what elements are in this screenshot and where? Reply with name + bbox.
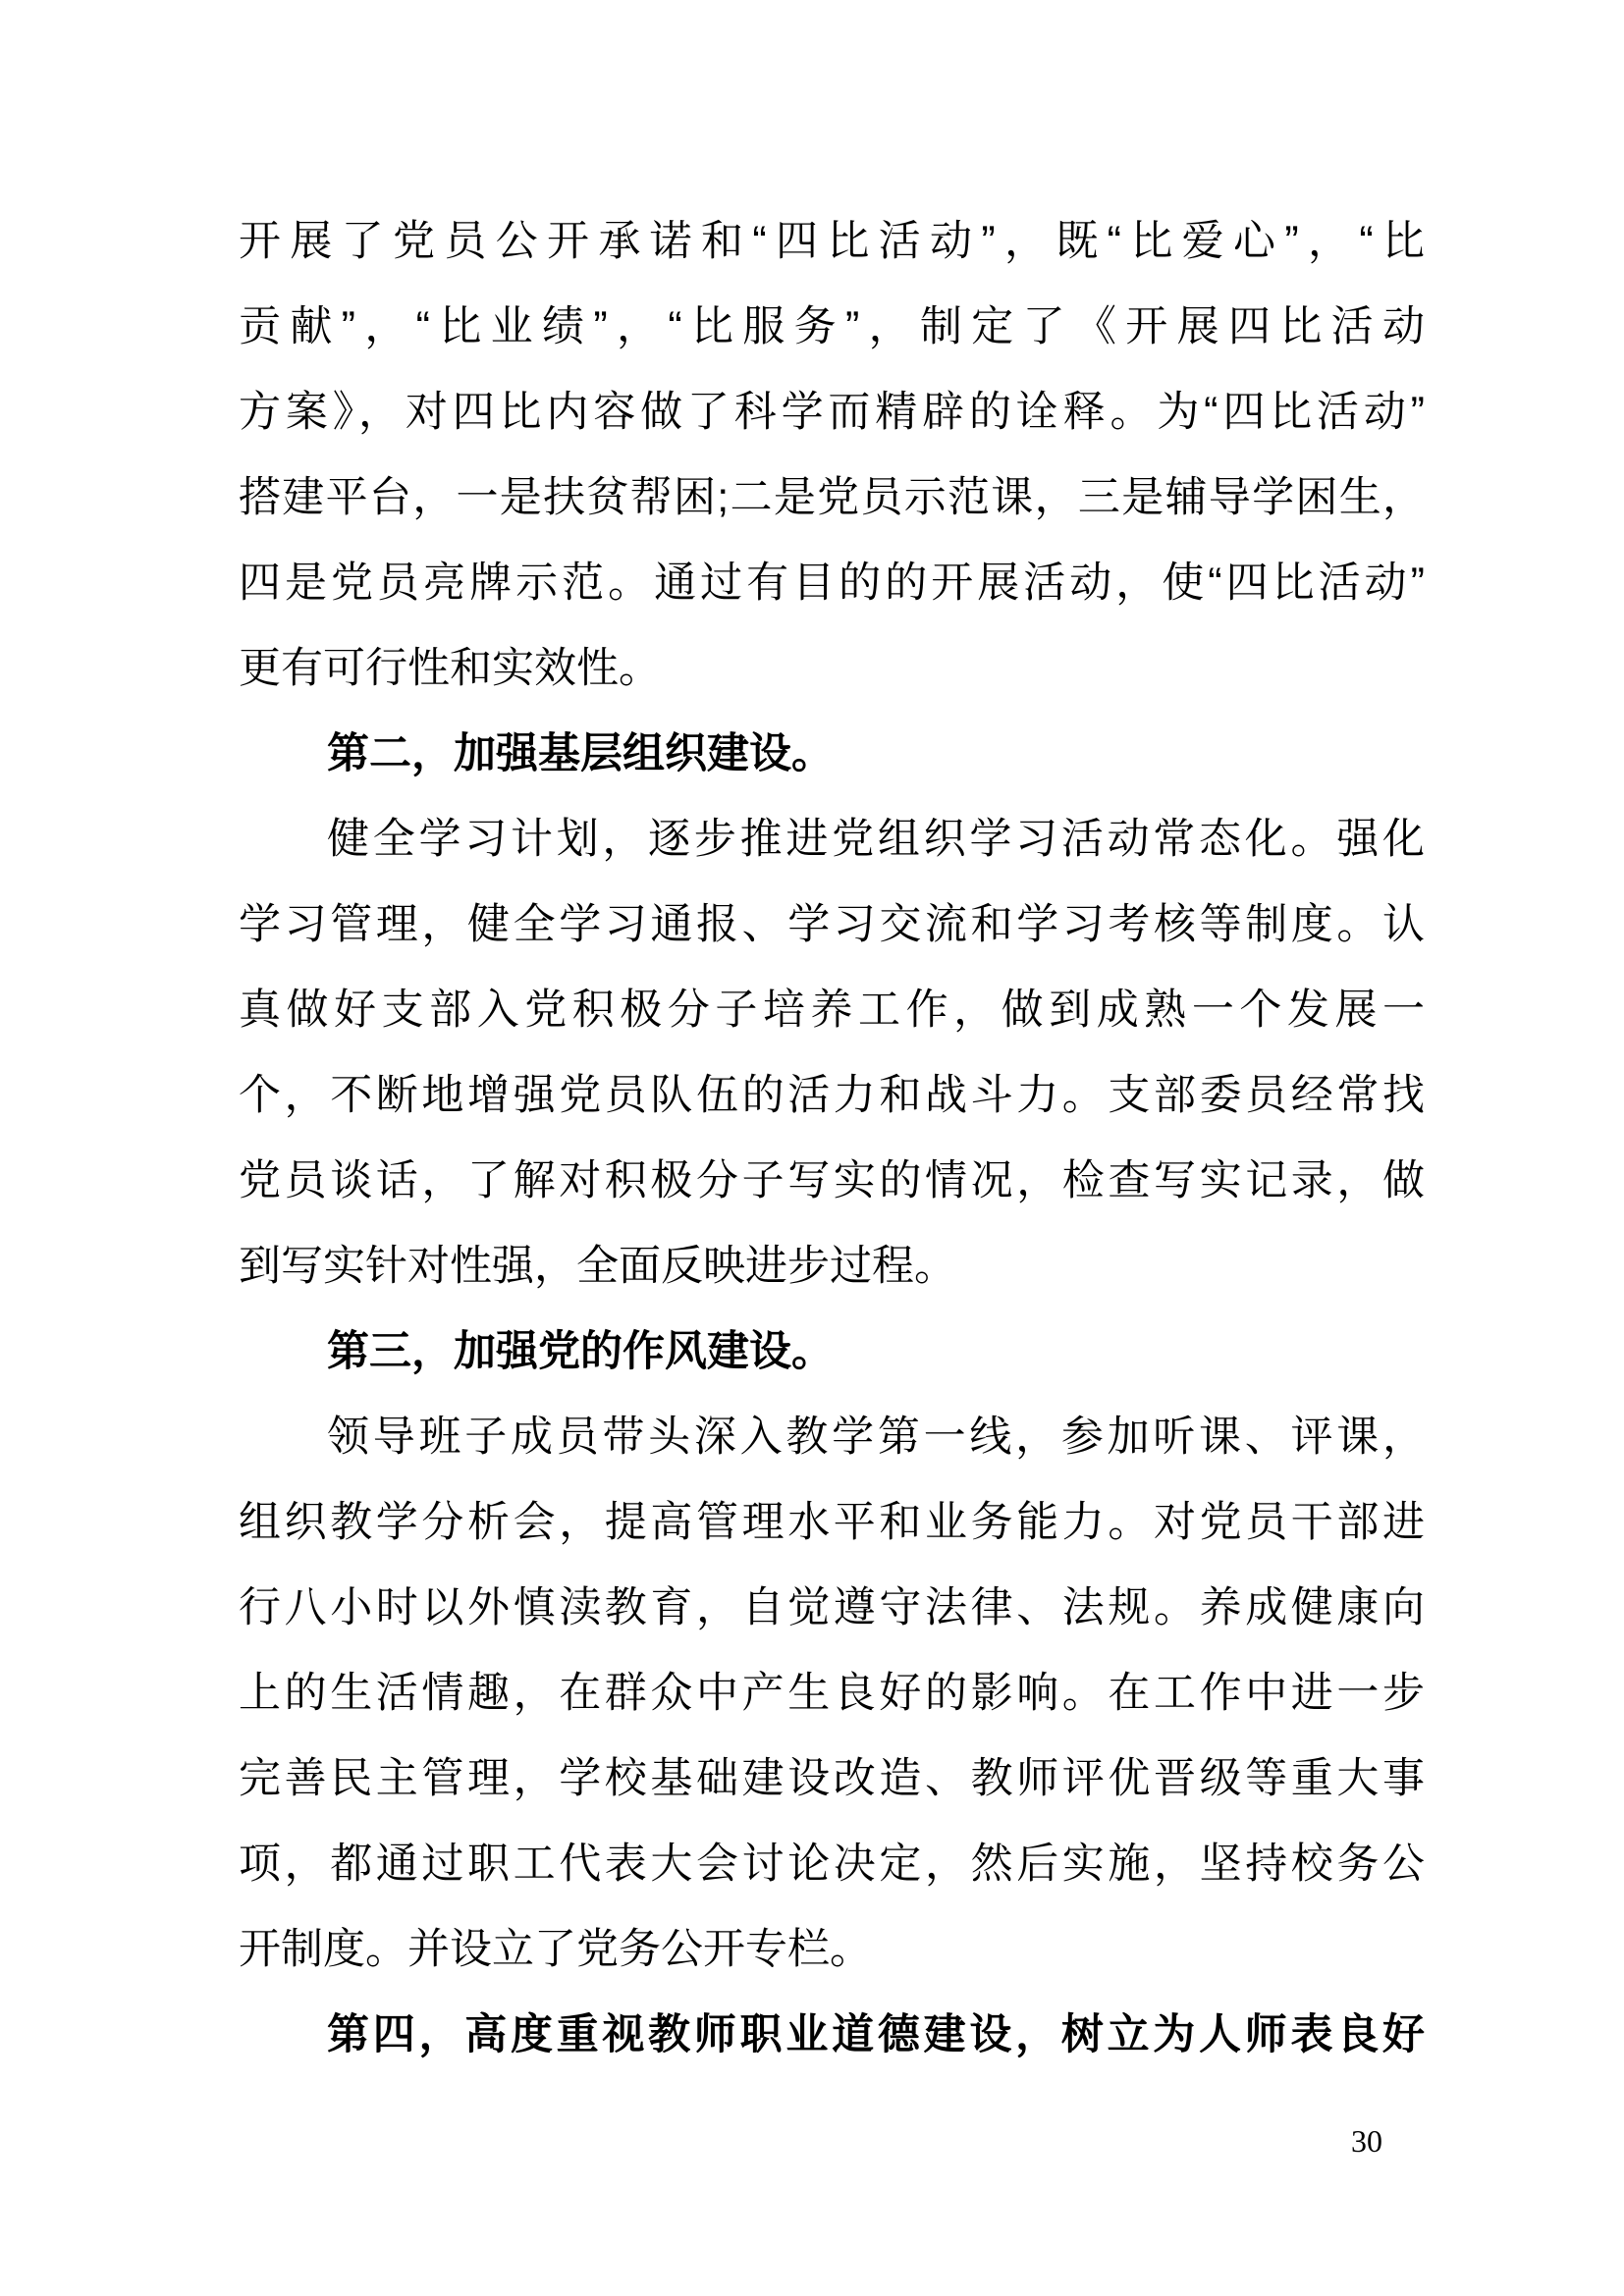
paragraph-line: 搭建平台，一是扶贫帮困;二是党员示范课，三是辅导学困生，: [239, 455, 1425, 541]
paragraph-line: 完善民主管理，学校基础建设改造、教师评优晋级等重大事: [239, 1736, 1425, 1822]
paragraph-line: 上的生活情趣，在群众中产生良好的影响。在工作中进一步: [239, 1651, 1425, 1736]
paragraph-line: 领导班子成员带头深入教学第一线，参加听课、评课，: [239, 1395, 1425, 1480]
document-page: 开展了党员公开承诺和“四比活动”，既“比爱心”，“比 贡献”，“比业绩”，“比服…: [0, 0, 1624, 2296]
paragraph-line: 组织教学分析会，提高管理水平和业务能力。对党员干部进: [239, 1480, 1425, 1566]
section-heading-fourth: 第四，高度重视教师职业道德建设，树立为人师表良好: [239, 1993, 1425, 2078]
section-heading-third: 第三，加强党的作风建设。: [239, 1309, 1425, 1395]
paragraph-line: 个，不断地增强党员队伍的活力和战斗力。支部委员经常找: [239, 1053, 1425, 1139]
document-content: 开展了党员公开承诺和“四比活动”，既“比爱心”，“比 贡献”，“比业绩”，“比服…: [239, 199, 1425, 2078]
paragraph-line: 健全学习计划，逐步推进党组织学习活动常态化。强化: [239, 797, 1425, 882]
page-number: 30: [1351, 2122, 1382, 2160]
paragraph-line: 党员谈话，了解对积极分子写实的情况，检查写实记录，做: [239, 1139, 1425, 1224]
paragraph-line: 真做好支部入党积极分子培养工作，做到成熟一个发展一: [239, 968, 1425, 1053]
paragraph-line: 开制度。并设立了党务公开专栏。: [239, 1907, 1425, 1993]
paragraph-line: 学习管理，健全学习通报、学习交流和学习考核等制度。认: [239, 882, 1425, 968]
paragraph-line: 贡献”，“比业绩”，“比服务”，制定了《开展四比活动: [239, 285, 1425, 370]
paragraph-line: 开展了党员公开承诺和“四比活动”，既“比爱心”，“比: [239, 199, 1425, 285]
paragraph-line: 更有可行性和实效性。: [239, 626, 1425, 712]
section-heading-second: 第二，加强基层组织建设。: [239, 712, 1425, 797]
paragraph-line: 四是党员亮牌示范。通过有目的的开展活动，使“四比活动”: [239, 541, 1425, 626]
paragraph-line: 行八小时以外慎渎教育，自觉遵守法律、法规。养成健康向: [239, 1566, 1425, 1651]
paragraph-line: 方案》，对四比内容做了科学而精辟的诠释。为“四比活动”: [239, 370, 1425, 455]
paragraph-line: 项，都通过职工代表大会讨论决定，然后实施，坚持校务公: [239, 1822, 1425, 1907]
paragraph-line: 到写实针对性强，全面反映进步过程。: [239, 1224, 1425, 1309]
